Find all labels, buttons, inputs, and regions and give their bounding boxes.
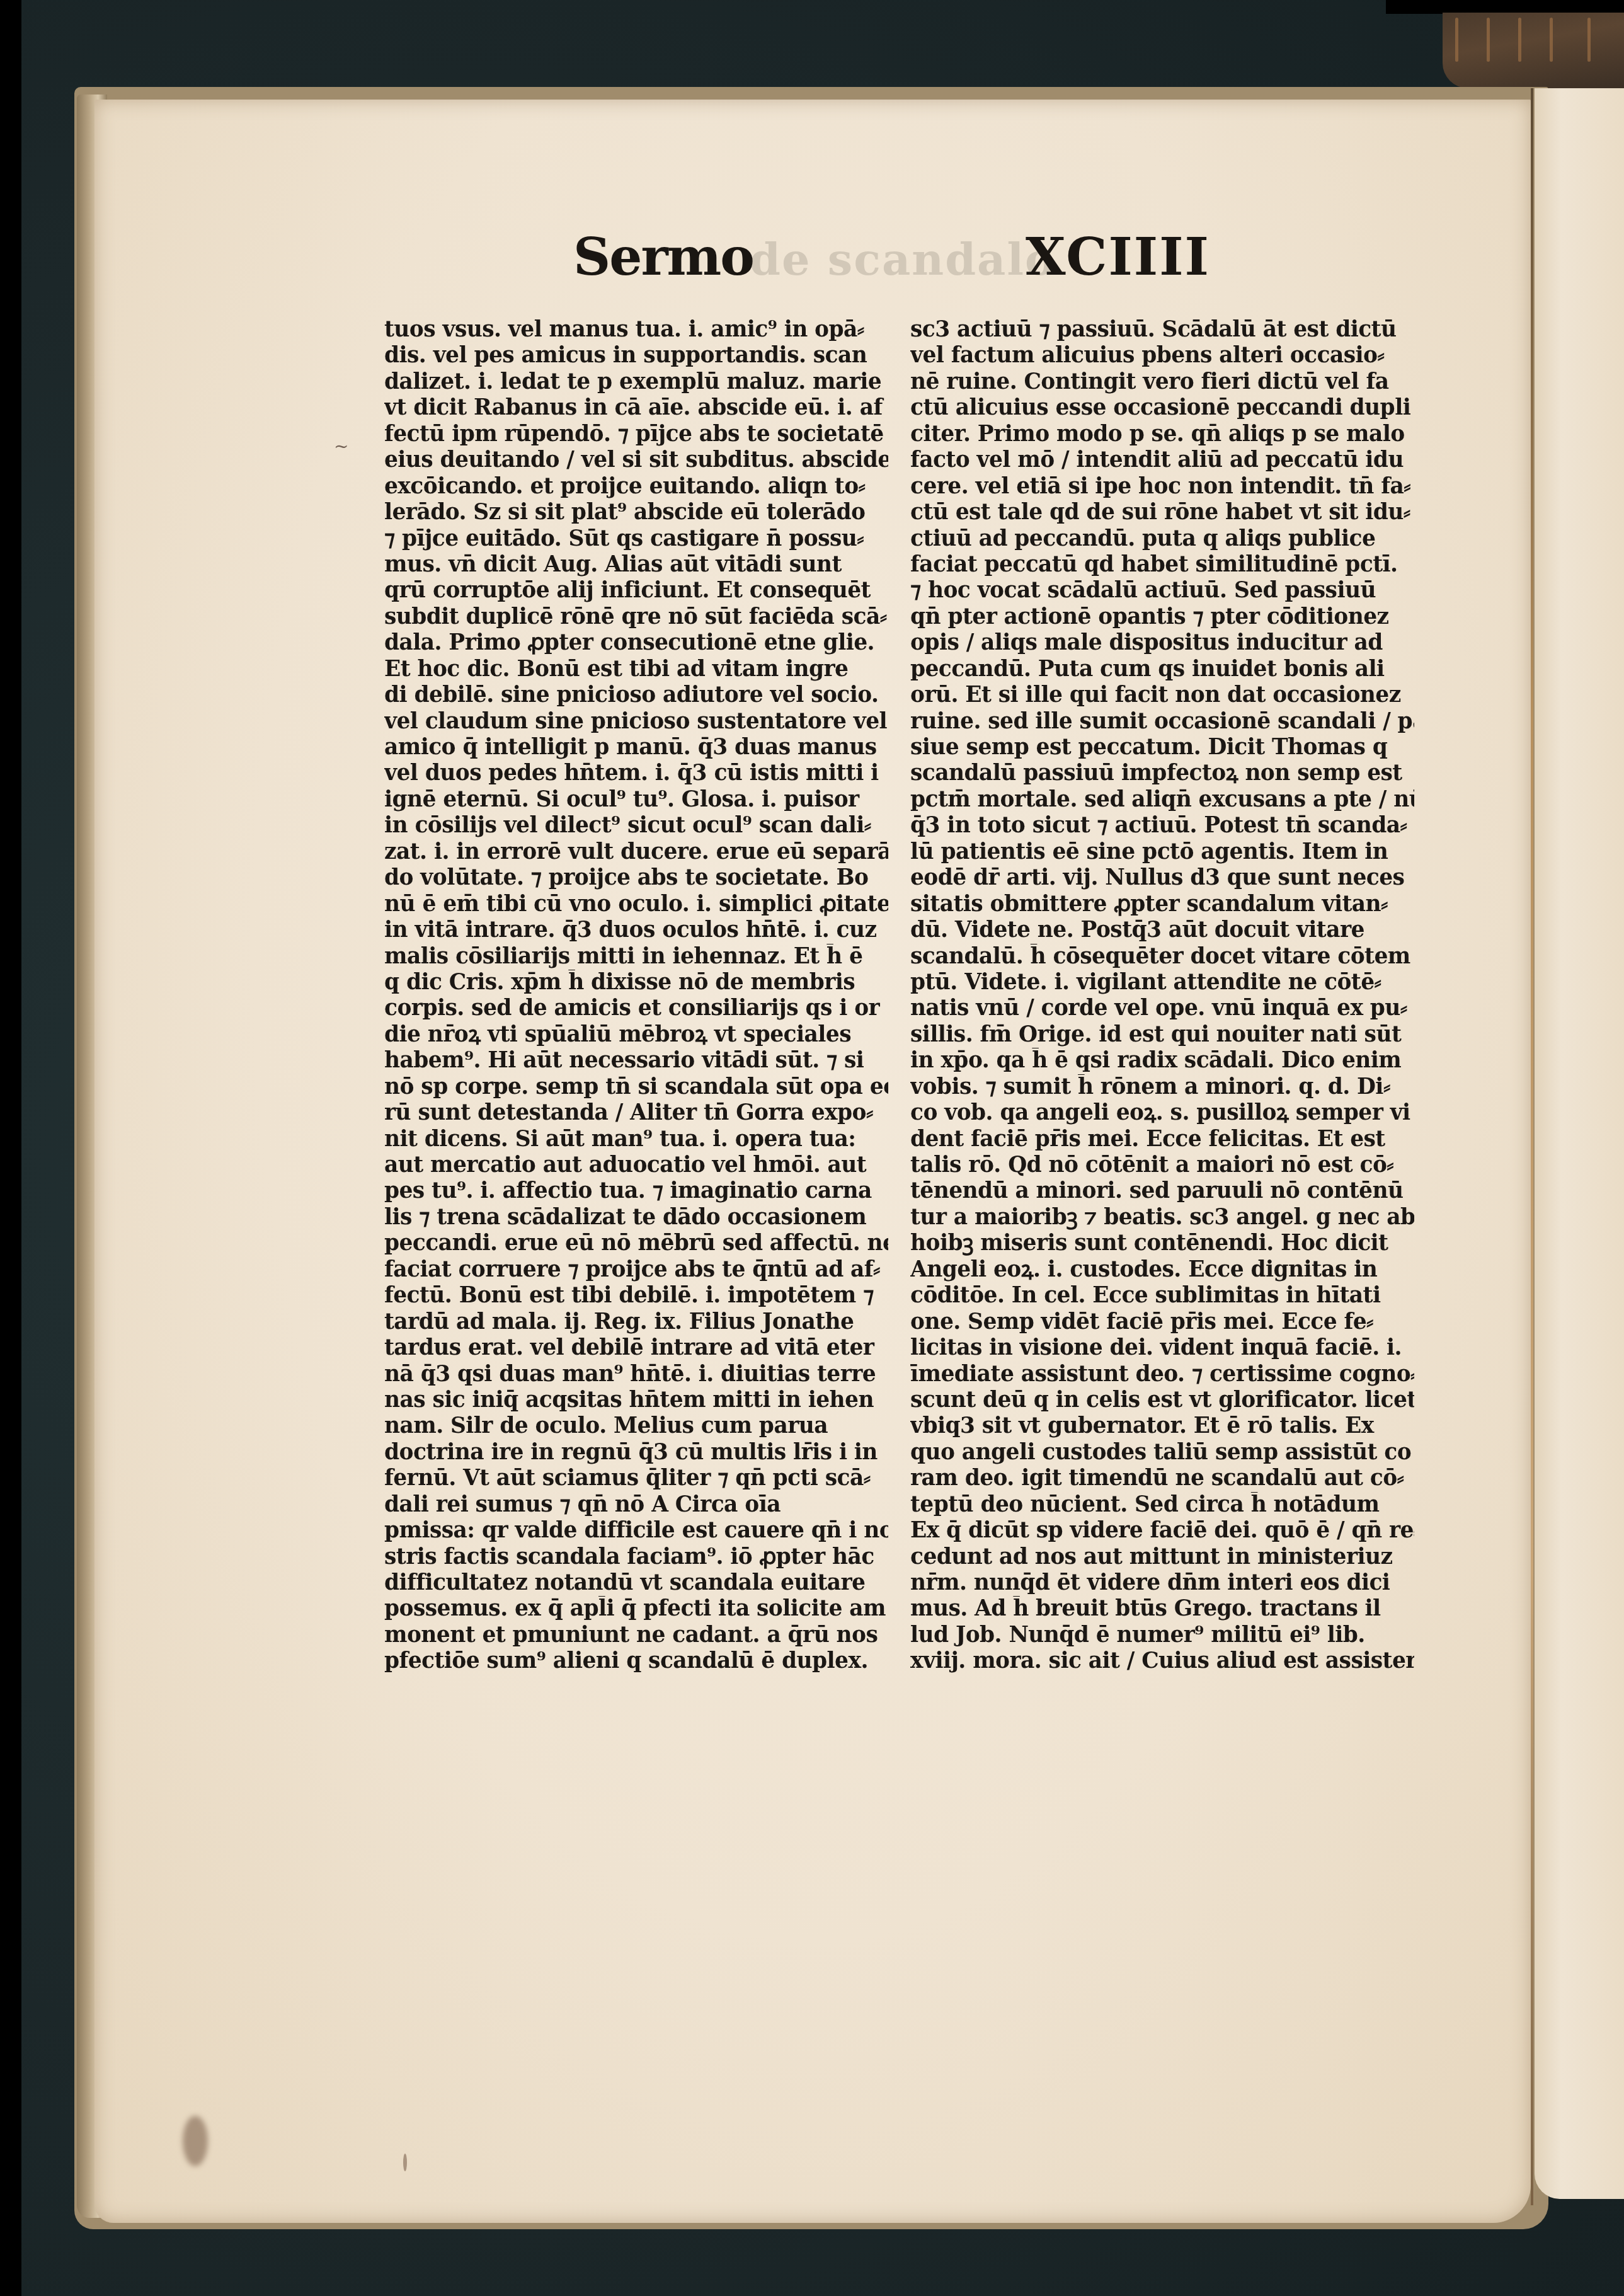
text-line: tardus erat. vel debilē intrare ad vitā … xyxy=(384,1335,888,1361)
text-line: cōditōe. In cel. Ecce sublimitas in hīta… xyxy=(910,1283,1414,1309)
text-line: in vitā intrare. q̄3 duos oculos hn̄tē. … xyxy=(384,917,888,943)
text-line: scandalū passiuū impfectoꝝ non semp est xyxy=(910,761,1414,786)
text-line: possemus. ex q̄ apl̄i q̄ pfecti ita soli… xyxy=(384,1596,888,1622)
text-line: ctū est tale qd de sui rōne habet vt sit… xyxy=(910,500,1414,525)
book-binding-leather xyxy=(1443,13,1624,88)
text-line: fectū. Bonū est tibi debilē. i. impotēte… xyxy=(384,1283,888,1309)
text-column-left: tuos vsus. vel manus tua. i. amic⁹ in op… xyxy=(384,317,888,1675)
text-line: fectū ipm rūpendō. ⁊ pījce abs te societ… xyxy=(384,422,888,447)
binding-tooling xyxy=(1487,18,1490,62)
running-head: Sermo de scandalo XCIIII xyxy=(567,227,1197,296)
text-line: dalizet. i. ledat te p exemplū maluz. ma… xyxy=(384,369,888,395)
text-line: nā q̄3 qsi duas man⁹ hn̄tē. i. diuitias … xyxy=(384,1362,888,1387)
text-line: nē ruine. Contingit vero fieri dictū vel… xyxy=(910,369,1414,395)
text-line: opis / aliqs male dispositus inducitur a… xyxy=(910,630,1414,656)
text-line: malis cōsiliarijs mitti in iehennaz. Et … xyxy=(384,944,888,970)
binding-tooling xyxy=(1587,18,1591,62)
text-line: vbiq3 sit vt gubernator. Et ē rō talis. … xyxy=(910,1413,1414,1439)
text-line: nam. Silr de oculo. Melius cum parua xyxy=(384,1413,888,1439)
text-line: dis. vel pes amicus in supportandis. sca… xyxy=(384,343,888,369)
ink-speck xyxy=(403,2154,407,2171)
text-line: peccandi. erue eū nō mēbrū sed affectū. … xyxy=(384,1231,888,1256)
text-line: corpis. sed de amicis et consiliarijs qs… xyxy=(384,996,888,1021)
text-line: excōicando. et proijce euitando. aliqn t… xyxy=(384,474,888,500)
text-line: vobis. ⁊ sumit h̄ rōnem a minori. q. d. … xyxy=(910,1074,1414,1100)
text-column-right: sc3 actiuū ⁊ passiuū. Scādalū āt est dic… xyxy=(910,317,1414,1675)
text-line: pfectiōe sum⁹ alieni q scandalū ē duplex… xyxy=(384,1648,888,1674)
text-line: rū sunt detestanda / Aliter tn̄ Gorra ex… xyxy=(384,1100,888,1126)
text-line: lū patientis eē sine pctō agentis. Item … xyxy=(910,839,1414,865)
text-line: vel claudum sine pnicioso sustentatore v… xyxy=(384,709,888,735)
marginal-annotation: ~ xyxy=(334,436,348,457)
text-line: zat. i. in errorē vult ducere. erue eū s… xyxy=(384,839,888,865)
text-line: tuos vsus. vel manus tua. i. amic⁹ in op… xyxy=(384,317,888,343)
text-line: sitatis obmittere ꝓpter scandalum vitan⸗ xyxy=(910,892,1414,917)
text-line: pctm̄ mortale. sed aliqn̄ excusans a pte… xyxy=(910,787,1414,813)
text-line: dali rei sumus ⁊ qn̄ nō A Circa oīa xyxy=(384,1492,888,1518)
text-line: die nr̄oꝝ vti spūaliū mēbroꝝ vt speciale… xyxy=(384,1022,888,1048)
ink-stain xyxy=(183,2116,208,2166)
text-line: orū. Et si ille qui facit non dat occasi… xyxy=(910,682,1414,708)
text-line: ram deo. igit timendū ne scandalū aut cō… xyxy=(910,1466,1414,1491)
binding-tooling xyxy=(1550,18,1553,62)
text-line: scunt deū q in celis est vt glorificator… xyxy=(910,1387,1414,1413)
text-line: nū ē em̄ tibi cū vno oculo. i. simplici … xyxy=(384,892,888,917)
text-line: difficultatez notandū vt scandala euitar… xyxy=(384,1570,888,1596)
text-line: in xp̄o. qa h̄ ē qsi radix scādali. Dico… xyxy=(910,1048,1414,1074)
text-line: di debilē. sine pnicioso adiutore vel so… xyxy=(384,682,888,708)
text-line: Et hoc dic. Bonū est tibi ad vitam ingre xyxy=(384,657,888,682)
text-line: ⁊ pījce euitādo. Sūt qs castigare n̄ pos… xyxy=(384,526,888,552)
text-line: q̄3 in toto sicut ⁊ actiuū. Potest tn̄ s… xyxy=(910,813,1414,839)
text-line: Angeli eoꝝ. i. custodes. Ecce dignitas i… xyxy=(910,1257,1414,1283)
text-line: scandalū. h̄ cōsequēter docet vitare cōt… xyxy=(910,944,1414,970)
running-head-title: Sermo xyxy=(573,227,753,287)
text-line: ctū alicuius esse occasionē peccandi dup… xyxy=(910,395,1414,421)
text-line: faciat peccatū qd habet similitudinē pct… xyxy=(910,552,1414,578)
page-gutter xyxy=(1531,88,1533,2205)
text-line: nit dicens. Si aūt man⁹ tua. i. opera tu… xyxy=(384,1127,888,1152)
text-line: teptū deo nūcient. Sed circa h̄ notādum xyxy=(910,1492,1414,1518)
text-line: one. Semp vidēt faciē pr̄is mei. Ecce fe… xyxy=(910,1309,1414,1335)
text-line: talis rō. Qd nō cōtēnit a maiori nō est … xyxy=(910,1152,1414,1178)
text-line: licitas in visione dei. vident inquā fac… xyxy=(910,1335,1414,1361)
text-line: xviij. mora. sic ait / Cuius aliud est a… xyxy=(910,1648,1414,1674)
binding-tooling xyxy=(1455,18,1458,62)
text-line: monent et pmuniunt ne cadant. a q̄rū nos xyxy=(384,1622,888,1648)
text-line: sc3 actiuū ⁊ passiuū. Scādalū āt est dic… xyxy=(910,317,1414,343)
text-line: siue semp est peccatum. Dicit Thomas q xyxy=(910,735,1414,761)
text-line: qrū corruptōe alij inficiunt. Et consequ… xyxy=(384,578,888,604)
text-line: sillis. fm̄ Orige. id est qui nouiter na… xyxy=(910,1022,1414,1048)
running-head-show-through: de scandalo xyxy=(750,233,1056,285)
text-line: nr̄m. nunq̄d ēt videre dn̄m interi eos d… xyxy=(910,1570,1414,1596)
text-line: cere. vel etiā si ipe hoc non intendit. … xyxy=(910,474,1414,500)
text-line: lis ⁊ trena scādalizat te dādo occasione… xyxy=(384,1205,888,1231)
text-line: vel factum alicuius pbens alteri occasio… xyxy=(910,343,1414,369)
text-line: ⁊ hoc vocat scādalū actiuū. Sed passiuū xyxy=(910,578,1414,604)
text-line: pmissa: qr valde difficile est cauere qn… xyxy=(384,1518,888,1544)
text-line: eius deuitando / vel si sit subditus. ab… xyxy=(384,447,888,473)
text-line: tardū ad mala. ij. Reg. ix. Filius Jonat… xyxy=(384,1309,888,1335)
text-line: mus. Ad h̄ breuit btūs Grego. tractans i… xyxy=(910,1596,1414,1622)
text-line: fernū. Vt aūt sciamus q̄liter ⁊ qn̄ pcti… xyxy=(384,1466,888,1491)
text-line: lud Job. Nunq̄d ē numer⁹ militū ei⁹ lib. xyxy=(910,1622,1414,1648)
text-line: subdit duplicē rōnē qre nō sūt faciēda s… xyxy=(384,604,888,630)
scan-border-left xyxy=(0,0,21,2296)
text-line: faciat corruere ⁊ proijce abs te q̄ntū a… xyxy=(384,1257,888,1283)
text-line: tēnendū a minori. sed paruuli nō contēnū xyxy=(910,1178,1414,1204)
text-line: eodē dr̄ arti. vij. Nullus d3 que sunt n… xyxy=(910,865,1414,891)
text-line: q dic Cris. xp̄m h̄ dixisse nō de membri… xyxy=(384,970,888,996)
text-line: quo angeli custodes taliū semp assistūt … xyxy=(910,1440,1414,1466)
text-line: co vob. qa angeli eoꝝ. s. pusilloꝝ sempe… xyxy=(910,1100,1414,1126)
text-line: dū. Videte ne. Postq̄3 aūt docuit vitare xyxy=(910,917,1414,943)
text-line: stris factis scandala faciam⁹. iō ꝓpter … xyxy=(384,1544,888,1570)
text-line: Ex q̄ dicūt sp videre faciē dei. quō ē /… xyxy=(910,1518,1414,1544)
text-line: peccandū. Puta cum qs inuidet bonis ali xyxy=(910,657,1414,682)
text-line: aut mercatio aut aduocatio vel hmōi. aut xyxy=(384,1152,888,1178)
text-line: amico q̄ intelligit p manū. q̄3 duas man… xyxy=(384,735,888,761)
text-line: nas sic iniq̄ acqsitas hn̄tem mitti in i… xyxy=(384,1387,888,1413)
text-line: lerādo. Sz si sit plat⁹ abscide eū toler… xyxy=(384,500,888,525)
text-line: pes tu⁹. i. affectio tua. ⁊ imaginatio c… xyxy=(384,1178,888,1204)
text-line: ptū. Videte. i. vigilant attendite ne cō… xyxy=(910,970,1414,996)
text-line: natis vnū / corde vel ope. vnū inquā ex … xyxy=(910,996,1414,1021)
text-line: dent faciē pr̄is mei. Ecce felicitas. Et… xyxy=(910,1127,1414,1152)
folio-number: XCIIII xyxy=(1026,227,1210,287)
text-line: ruine. sed ille sumit occasionē scandali… xyxy=(910,709,1414,735)
text-line: do volūtate. ⁊ proijce abs te societate.… xyxy=(384,865,888,891)
binding-tooling xyxy=(1518,18,1521,62)
text-line: īmediate assistunt deo. ⁊ certissime cog… xyxy=(910,1362,1414,1387)
text-line: doctrina ire in regnū q̄3 cū multis lr̄i… xyxy=(384,1440,888,1466)
text-line: mus. vn̄ dicit Aug. Alias aūt vitādi sun… xyxy=(384,552,888,578)
text-line: dala. Primo ꝓpter consecutionē etne glie… xyxy=(384,630,888,656)
scan-border-top xyxy=(1386,0,1624,14)
text-line: facto vel mō / intendit aliū ad peccatū … xyxy=(910,447,1414,473)
text-line: vt dicit Rabanus in cā aīe. abscide eū. … xyxy=(384,395,888,421)
text-line: in cōsilijs vel dilect⁹ sicut ocul⁹ scan… xyxy=(384,813,888,839)
text-line: hoibꝫ miseris sunt contēnendi. Hoc dicit xyxy=(910,1231,1414,1256)
text-line: ctiuū ad peccandū. puta q aliqs publice xyxy=(910,526,1414,552)
text-line: nō sp corpe. semp tn̄ si scandala sūt op… xyxy=(384,1074,888,1100)
text-line: cedunt ad nos aut mittunt in ministeriuz xyxy=(910,1544,1414,1570)
text-line: tur a maioribꝫ ⁊ beatis. sc3 angel. g ne… xyxy=(910,1205,1414,1231)
text-line: habem⁹. Hi aūt necessario vitādi sūt. ⁊ … xyxy=(384,1048,888,1074)
text-line: vel duos pedes hn̄tem. i. q̄3 cū istis m… xyxy=(384,761,888,786)
facing-page-edge xyxy=(1535,88,1624,2199)
text-line: citer. Primo modo p se. qn̄ aliqs p se m… xyxy=(910,422,1414,447)
text-line: qn̄ pter actionē opantis ⁊ pter cōdition… xyxy=(910,604,1414,630)
text-line: ignē eternū. Si ocul⁹ tu⁹. Glosa. i. pui… xyxy=(384,787,888,813)
